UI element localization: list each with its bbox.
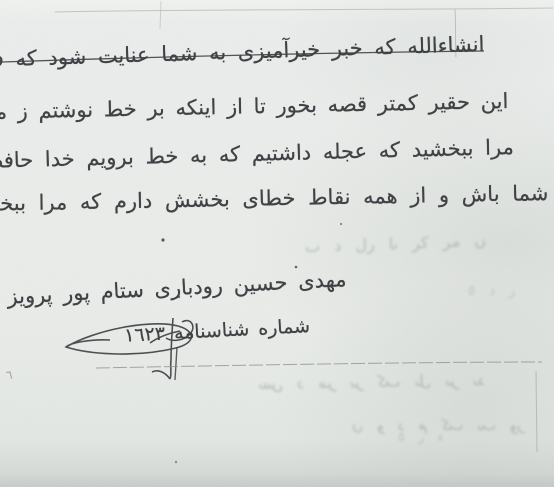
ghost-bleedthrough-line-3: ٮس د مر ںر کٮ ىل ٮر ںد [258,370,486,393]
right-border-line [536,371,537,452]
letter-line-2: این حقیر کمتر قصه بخور تا از اینکه بر خط… [0,90,508,125]
ghost-bleedthrough-line-2: ر د ٥ [468,283,515,299]
signature-name-line: مهدی حسین رودباری ستام پور پرویز [6,268,346,309]
ghost-bleedthrough-line-1: ں مر کر ںا رل د ٮ [305,231,487,256]
ruled-line [96,362,542,368]
top-center-crease [160,1,161,29]
top-fold-crease [55,8,553,12]
signature-descender-tick [175,347,177,380]
signature-id-number-line: شماره شناسنامه ١٦٢٣ [124,316,311,347]
letter-line-4: شما باش و از همه نقاط خطای بخشش دارم که … [0,182,548,216]
letter-line-1-struck: انشاءالله که خبر خیرآمیزی به شما عنایت ش… [0,33,484,74]
letter-line-3: مرا ببخشید که عجله داشتیم که به خط برویم… [0,136,514,173]
ghost-bleedthrough-line-5: ء ر ٥ [398,430,444,445]
scanned-letter-page: انشاءالله که خبر خیرآمیزی به شما عنایت ش… [0,0,554,487]
faint-corner-mark: ٦ [5,368,13,383]
